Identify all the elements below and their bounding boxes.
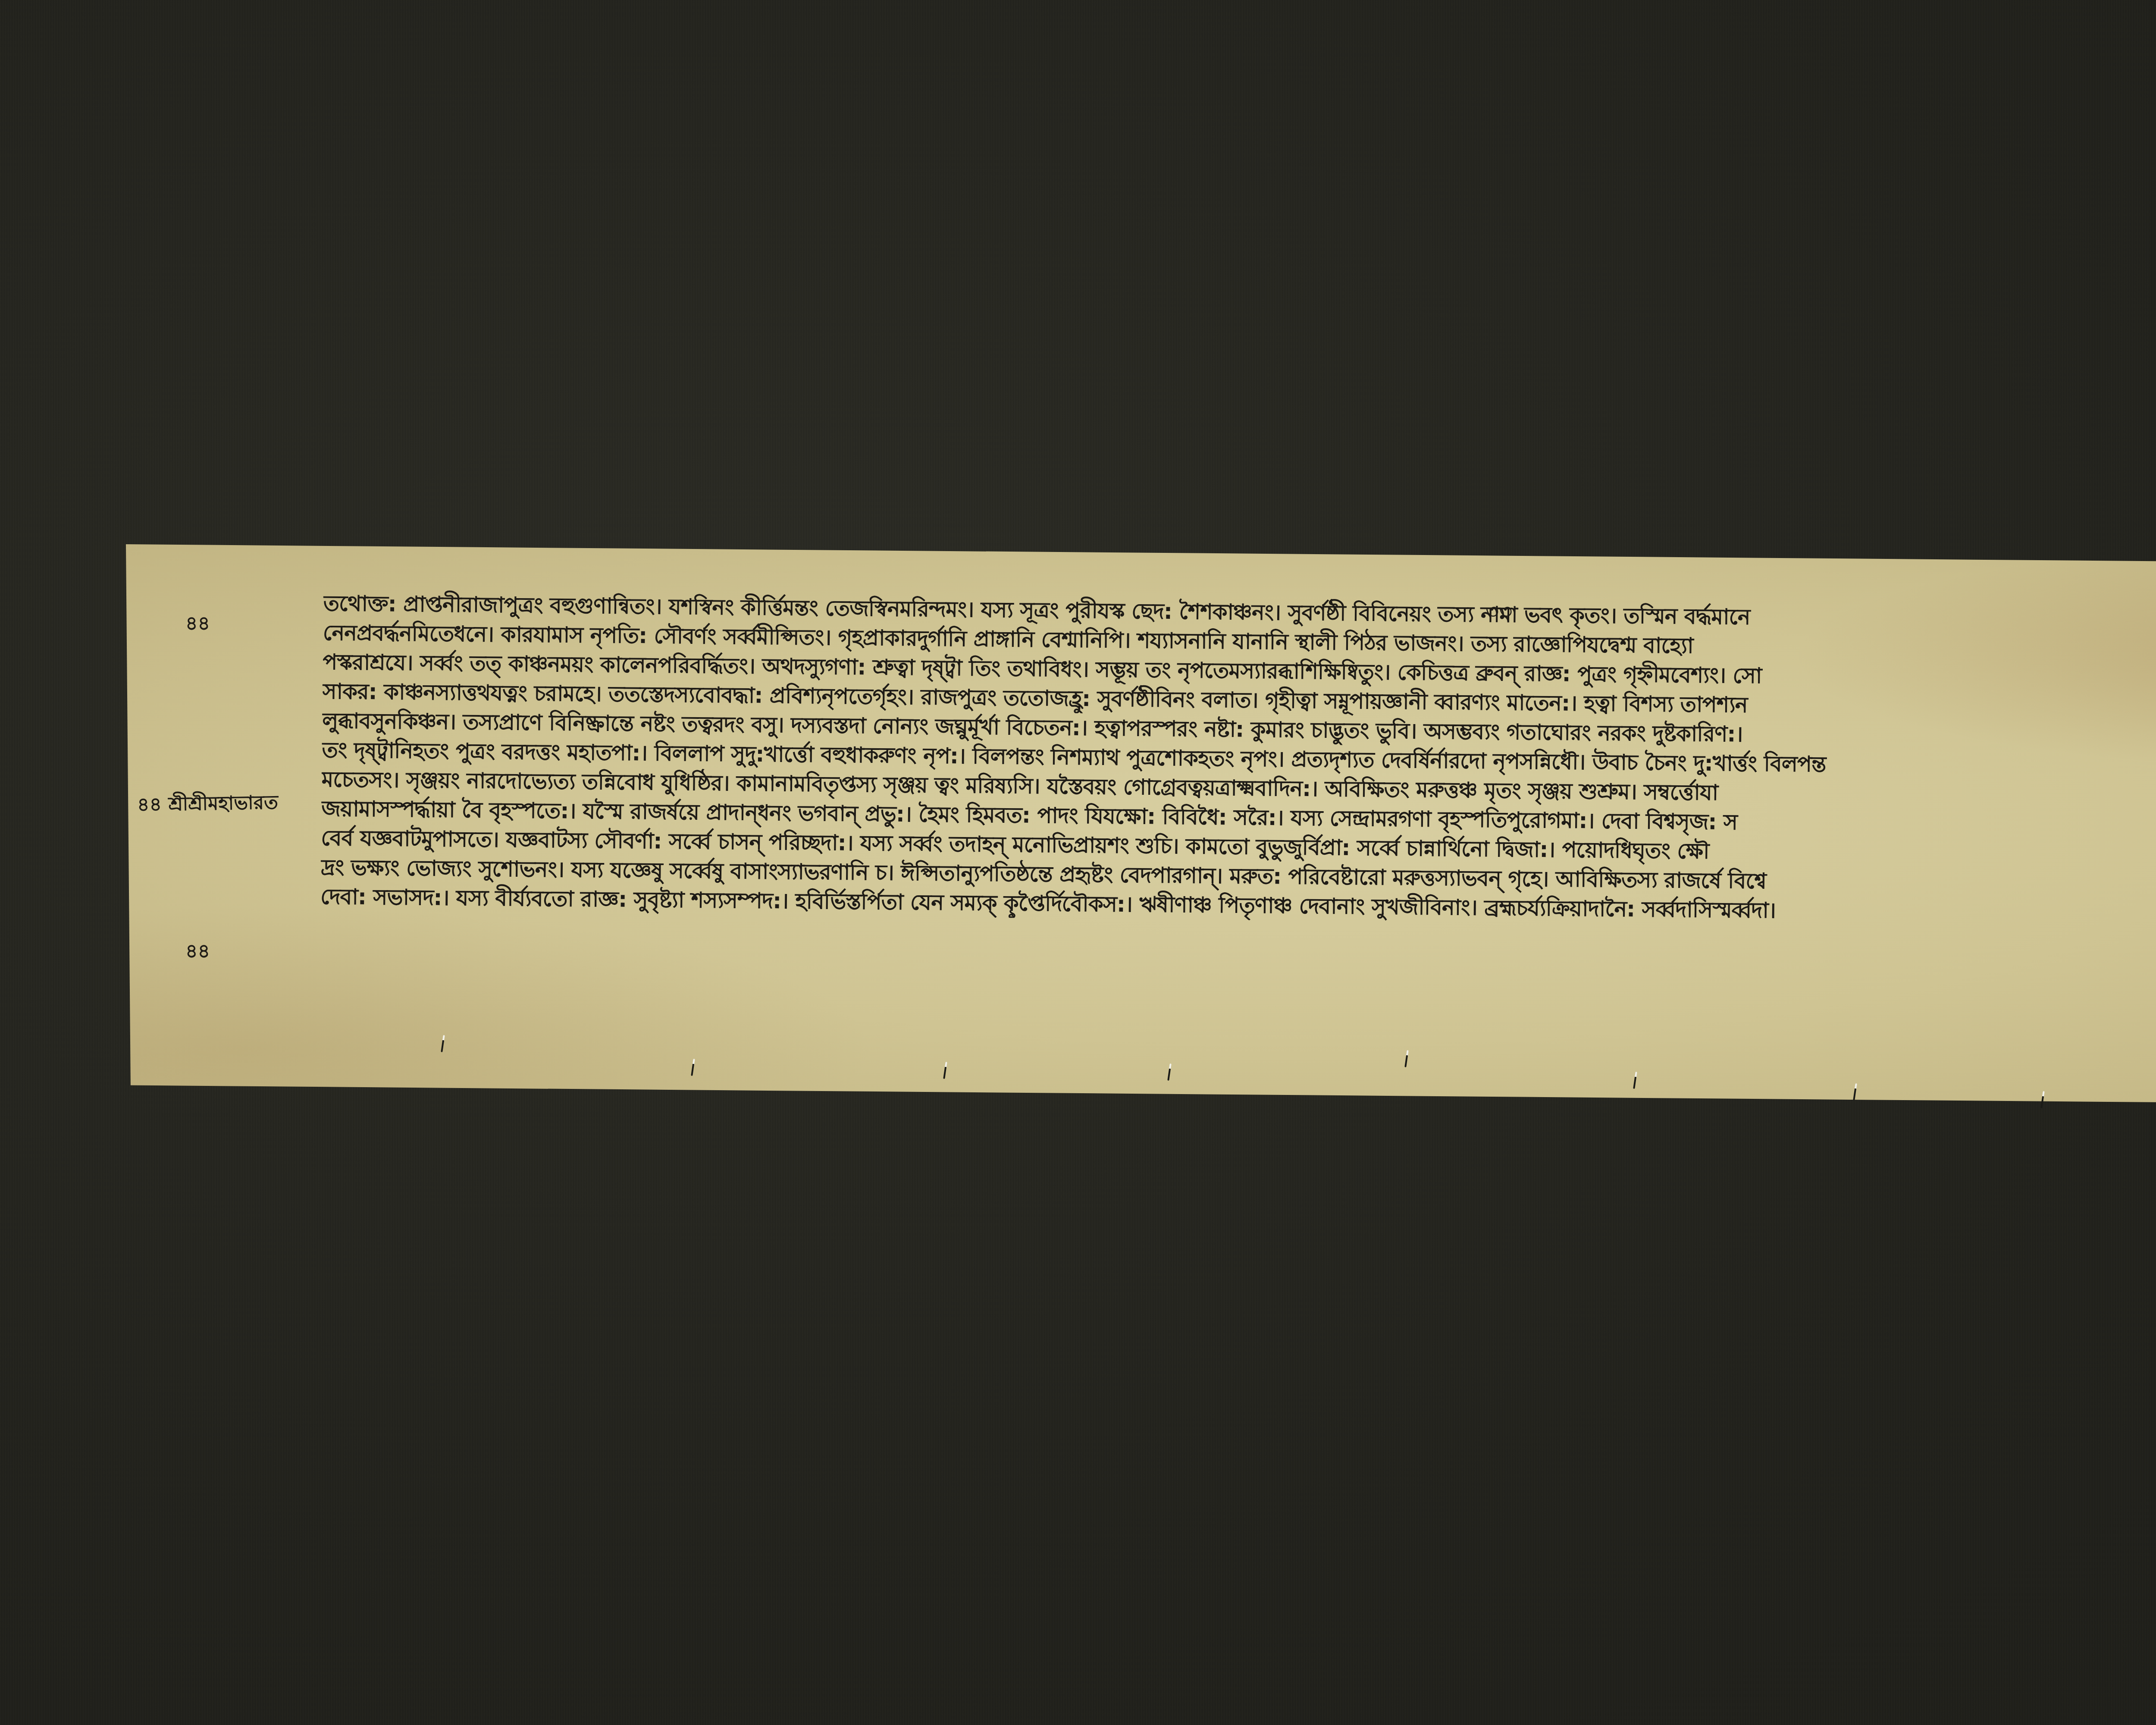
manuscript-text-block: তথোক্ত: প্রাপ্তনীরাজাপুত্রং বহুগুণান্বিত… [320,589,2156,931]
left-margin-number-bottom: ৪৪ [185,937,210,968]
left-margin-number-top: ৪৪ [185,609,210,640]
left-side-note: ৪৪ শ্রীশ্রীমহাভারত [137,788,278,822]
